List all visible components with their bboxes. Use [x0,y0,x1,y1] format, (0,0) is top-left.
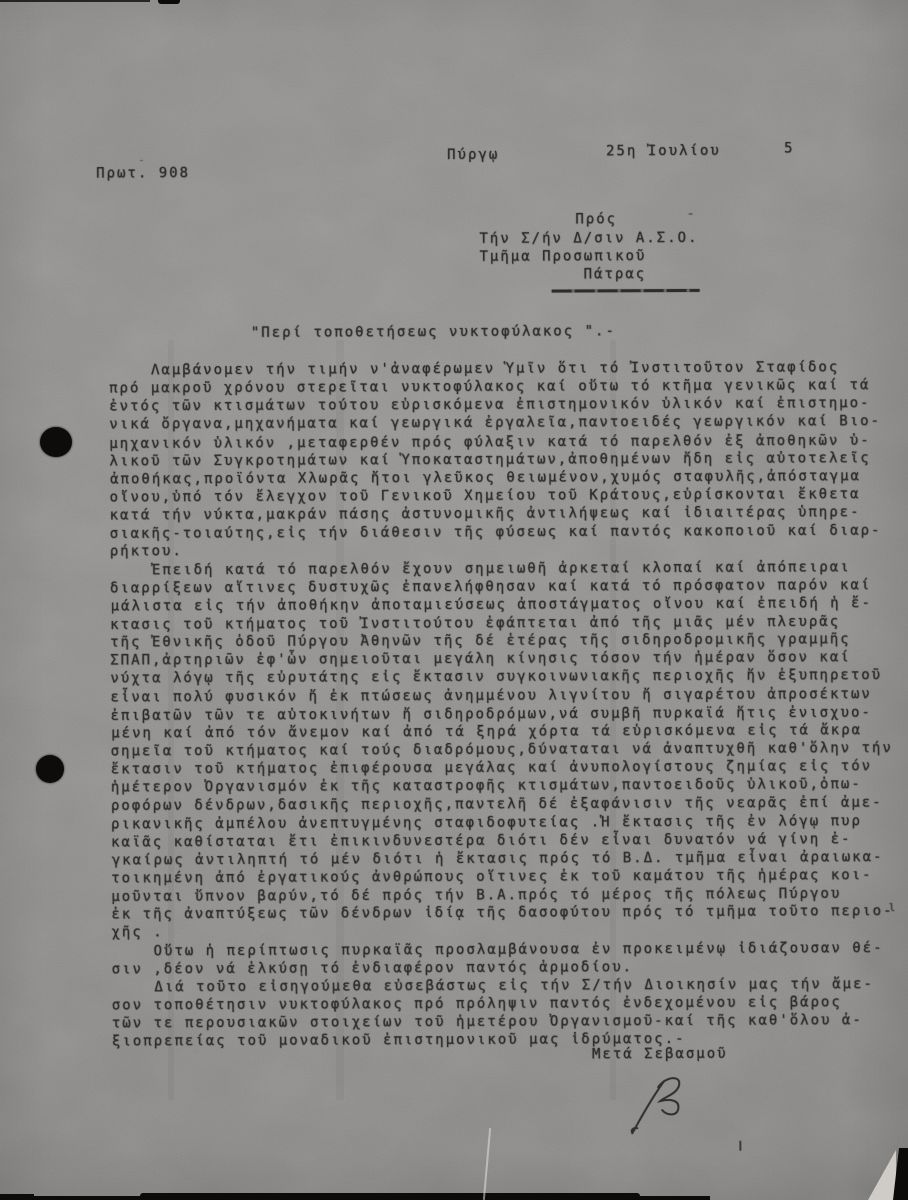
recipient-line-2: Τμῆμα Προσωπικοῦ [479,248,646,266]
body-line: μηχανικόν ὑλικόν ,μεταφερθέν πρός φύλαξι… [109,431,908,453]
body-line: Οὕτω ἡ περίπτωσις πυρκαϊᾶς προσλαμβάνουσ… [111,939,908,961]
handwritten-signature [620,1071,700,1137]
body-line: Διά τοῦτο εἰσηγούμεθα εὐσεβάστως εἰς τήν… [112,975,908,997]
subject-line: "Περί τοποθετήσεως νυκτοφύλακος ".- [251,323,616,342]
punch-hole-top [40,427,72,457]
body-line: ροφόρων δένδρων,δασικῆς περιοχῆς,παντελῆ… [111,794,908,816]
scanned-letter-page: Πρωτ. 908 - Πύργῳ 25η Ἰουλίου 5 Πρός - Τ… [0,0,908,1200]
scan-edge-top [0,0,150,2]
body-line: κτασις τοῦ κτήματος τοῦ Ἰνστιτούτου ἐφάπ… [110,612,908,634]
body-line: μένη καί ἀπό τόν ἄνεμον καί ἀπό τά ξηρά … [111,721,908,743]
stray-tick-mark [739,1141,741,1151]
body-line: σιακῆς-τοιαύτης,εἰς τήν διάθεσιν τῆς φύσ… [110,522,908,544]
punch-hole-bottom [36,755,64,783]
letter-content: Πρωτ. 908 - Πύργῳ 25η Ἰουλίου 5 Πρός - Τ… [0,0,908,1200]
body-line: γκαίρως ἀντιληπτή τό μέν διότι ἡ ἔκτασις… [112,848,908,870]
letter-date: 25η Ἰουλίου [606,143,721,161]
recipient-line-3: Πάτρας [584,266,647,283]
place-name: Πύργῳ [447,147,499,164]
body-line: τῶν τε περουσιακῶν στοιχείων τοῦ ἡμετέρο… [112,1011,908,1033]
recipient-intro: Πρός [575,211,617,228]
scan-edge-bottom-left [0,1194,34,1200]
stray-mark: ι [887,899,898,916]
letter-year: 5 [784,141,795,158]
recipient-dash-mark: - [686,206,697,223]
recipient-underline [552,289,700,293]
recipient-line-1: Τήν Σ/ήν Δ/σιν Α.Σ.Ο. [479,230,698,248]
protocol-dash-mark: - [138,151,147,168]
scan-edge-nub [158,0,180,4]
scan-edge-bottom-thick [140,1193,640,1200]
body-line: ξιοπρεπείας τοῦ μοναδικοῦ ἐπιστημονικοῦ … [112,1029,908,1051]
closing-salutation: Μετά Σεβασμοῦ [592,1046,728,1064]
body-line: μοῦνται ὕπνον βαρύν,τό δέ πρός τήν Β.Α.π… [111,884,908,906]
letter-body: Λαμβάνομεν τήν τιμήν ν'ἀναφέρωμεν Ὑμῖν ὅ… [109,358,908,1051]
body-line: ἀποθήκας,προϊόντα Χλωρᾶς ἤτοι γλεῦκος θε… [110,467,908,489]
